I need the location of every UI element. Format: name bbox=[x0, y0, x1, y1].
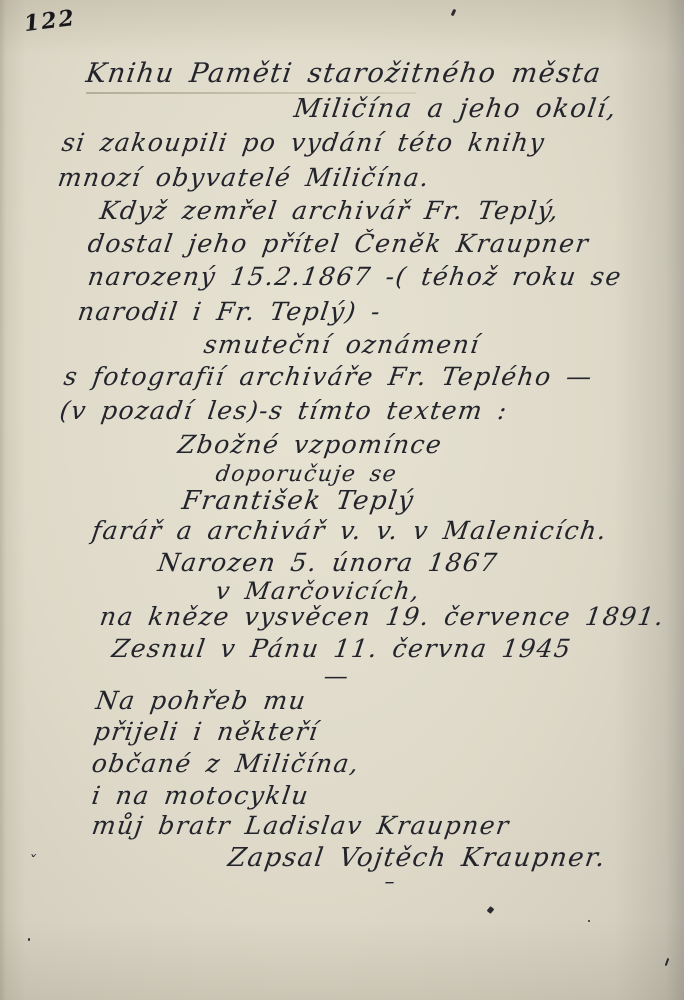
handwritten-line-death: Zesnul v Pánu 11. června 1945 bbox=[110, 634, 574, 663]
corner-mark: ˇ bbox=[28, 852, 36, 871]
handwritten-line: můj bratr Ladislav Kraupner bbox=[90, 811, 512, 840]
handwritten-line-name: František Teplý bbox=[180, 486, 416, 516]
ink-speck bbox=[88, 78, 91, 81]
handwritten-line: Když zemřel archivář Fr. Teplý, bbox=[98, 196, 561, 225]
handwritten-line-birthdate: Narozen 5. února 1867 bbox=[156, 548, 500, 577]
handwritten-line-obituary: farář a archivář v. v. v Malenicích. bbox=[90, 516, 609, 545]
handwritten-line: smuteční oznámení bbox=[202, 330, 482, 359]
closing-dash: – bbox=[383, 869, 398, 893]
page-number: 122 bbox=[23, 5, 78, 37]
handwritten-line: narodil i Fr. Teplý) - bbox=[76, 297, 383, 326]
handwritten-line: s fotografií archiváře Fr. Teplého — bbox=[62, 362, 595, 391]
manuscript-page: 122 Knihu Paměti starožitného města Mili… bbox=[0, 0, 684, 1000]
ink-speck bbox=[588, 920, 590, 922]
ink-speck bbox=[487, 906, 495, 914]
handwritten-line: mnozí obyvatelé Miličína. bbox=[56, 163, 432, 192]
signature-line: Zapsal Vojtěch Kraupner. bbox=[226, 843, 608, 873]
handwritten-line: přijeli i někteří bbox=[92, 717, 321, 746]
handwritten-line-obituary: doporučuje se bbox=[214, 462, 399, 487]
handwritten-line: občané z Miličína, bbox=[90, 749, 362, 778]
handwritten-line: i na motocyklu bbox=[90, 781, 311, 810]
handwritten-line: Na pohřeb mu bbox=[94, 686, 308, 715]
handwritten-line-obituary: Zbožné vzpomínce bbox=[176, 430, 444, 459]
handwritten-line-ordination: na kněze vysvěcen 19. července 1891. bbox=[98, 602, 667, 631]
handwritten-line-title: Knihu Paměti starožitného města bbox=[84, 58, 604, 89]
handwritten-line: (v pozadí les)-s tímto textem : bbox=[58, 396, 510, 425]
handwritten-line: si zakoupili po vydání této knihy bbox=[60, 128, 547, 157]
handwritten-line: dostal jeho přítel Čeněk Kraupner bbox=[86, 229, 591, 258]
ink-speck bbox=[28, 938, 30, 941]
handwritten-line-title-2: Miličína a jeho okolí, bbox=[292, 94, 619, 124]
ink-speck bbox=[451, 9, 457, 17]
handwritten-line: narozený 15.2.1867 -( téhož roku se bbox=[86, 262, 624, 291]
ink-speck bbox=[665, 958, 670, 966]
handwritten-line-birthplace: v Marčovicích, bbox=[214, 577, 422, 605]
separator-dash: — bbox=[322, 662, 351, 690]
